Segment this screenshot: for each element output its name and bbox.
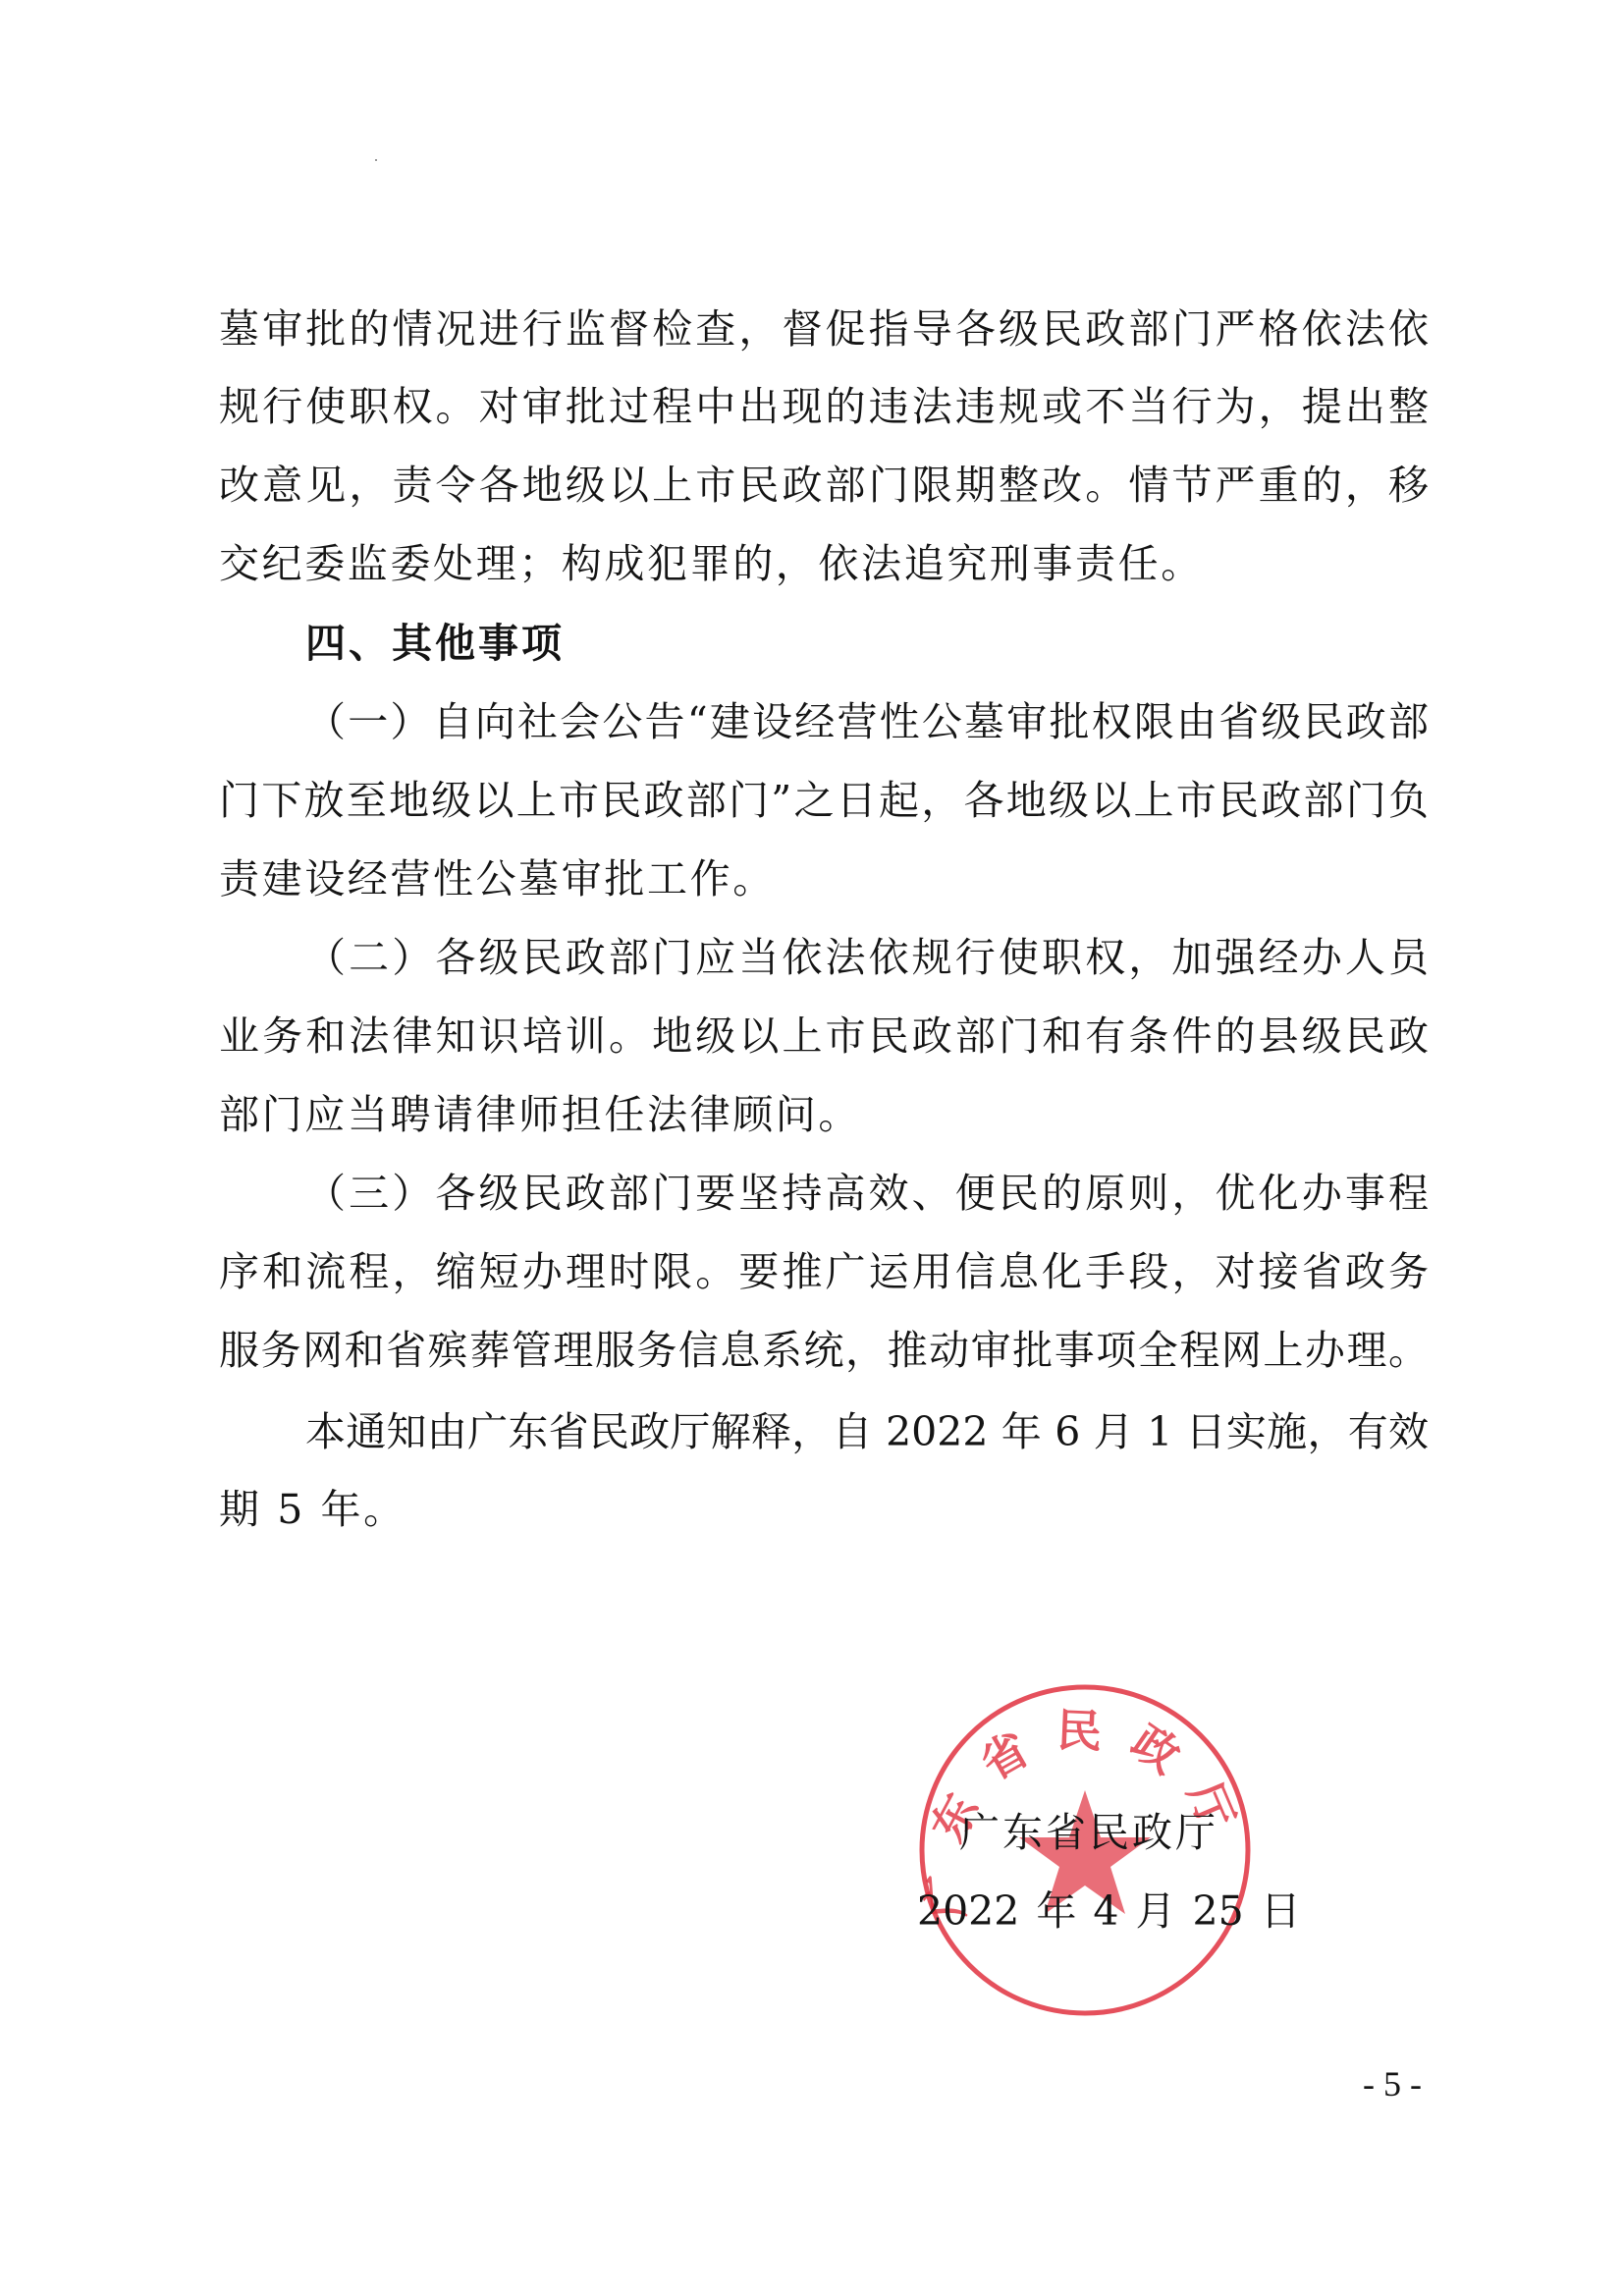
signature-organization: 广东省民政厅 (959, 1805, 1218, 1860)
item-2-line: 部门应当聘请律师担任法律顾问。 (219, 1087, 861, 1142)
item-3-line: 服务网和省殡葬管理服务信息系统，推动审批事项全程网上办理。 (219, 1323, 1429, 1378)
item-1-line: 责建设经营性公墓审批工作。 (219, 851, 776, 906)
body-line: 交纪委监委处理；构成犯罪的，依法追究刑事责任。 (219, 536, 1204, 591)
scan-speck (375, 159, 377, 161)
item-3-line: 序和流程，缩短办理时限。要推广运用信息化手段，对接省政务 (219, 1244, 1429, 1299)
closing-line: 期 5 年。 (219, 1482, 406, 1537)
body-line: 墓审批的情况进行监督检查，督促指导各级民政部门严格依法依 (219, 301, 1429, 356)
page-number: - 5 - (1363, 2062, 1422, 2105)
item-1-line: （一）自向社会公告“建设经营性公墓审批权限由省级民政部 (305, 694, 1429, 749)
signature-date: 2022 年 4 月 25 日 (917, 1884, 1301, 1939)
document-page: 墓审批的情况进行监督检查，督促指导各级民政部门严格依法依 规行使职权。对审批过程… (0, 0, 1623, 2296)
item-3-line: （三）各级民政部门要坚持高效、便民的原则，优化办事程 (305, 1166, 1429, 1221)
closing-line: 本通知由广东省民政厅解释，自 2022 年 6 月 1 日实施，有效 (305, 1404, 1429, 1459)
body-line: 改意见，责令各地级以上市民政部门限期整改。情节严重的，移 (219, 458, 1429, 513)
item-2-line: 业务和法律知识培训。地级以上市民政部门和有条件的县级民政 (219, 1009, 1429, 1064)
item-2-line: （二）各级民政部门应当依法依规行使职权，加强经办人员 (305, 930, 1429, 985)
section-heading: 四、其他事项 (305, 616, 565, 671)
item-1-line: 门下放至地级以上市民政部门”之日起，各地级以上市民政部门负 (219, 773, 1429, 828)
body-line: 规行使职权。对审批过程中出现的违法违规或不当行为，提出整 (219, 379, 1429, 434)
